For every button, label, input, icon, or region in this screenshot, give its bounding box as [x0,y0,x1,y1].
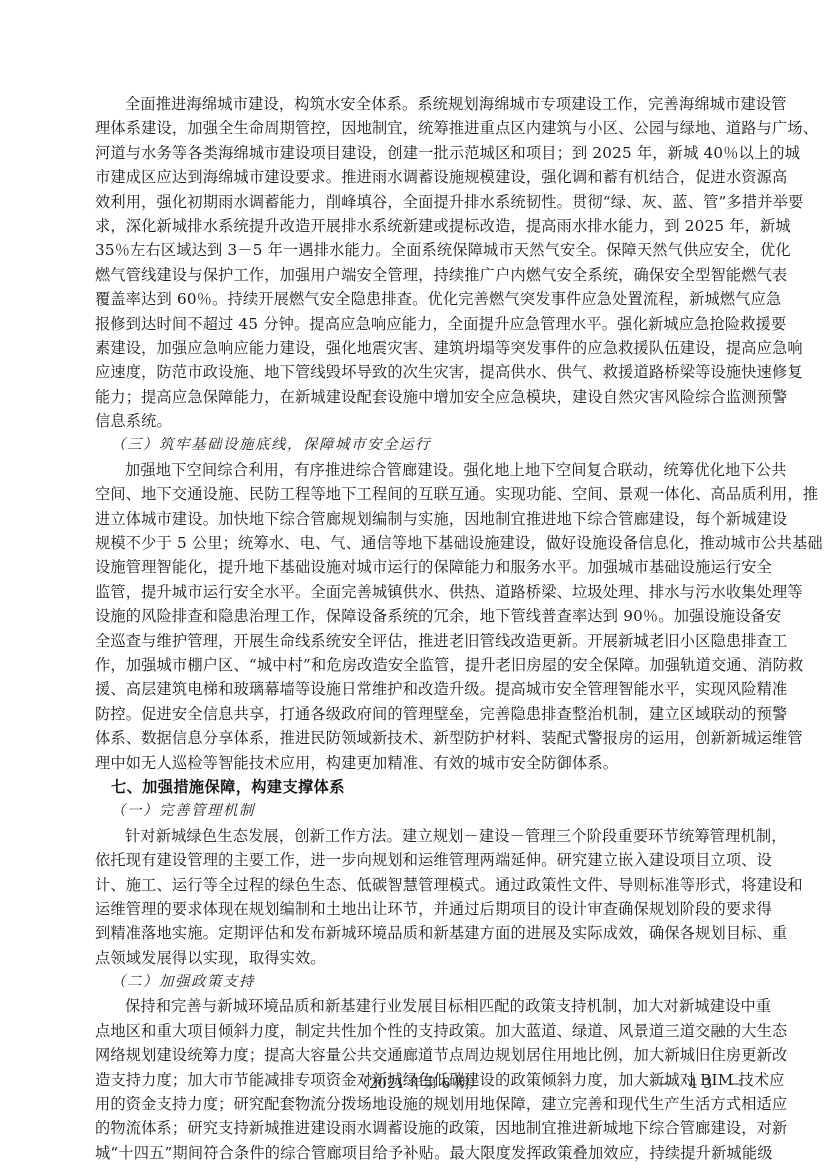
text-line: 到精准落地实施。定期评估和发布新城环境品质和新基建方面的进展及实际成效，确保各规… [95,921,743,945]
text-line: 全面推进海绵城市建设，构筑水安全体系。系统规划海绵城市专项建设工作，完善海绵城市… [95,92,743,116]
text-line: 35％左右区域达到 3－5 年一遇排水能力。全面系统保障城市天然气安全。保障天然… [95,238,743,262]
text-line: 加强地下空间综合利用，有序推进综合管廊建设。强化地上地下空间复合联动，统筹优化地… [95,458,743,482]
section-heading-7: 七、加强措施保障，构建支撑体系 [95,775,743,799]
text-line: 保持和完善与新城环境品质和新基建行业发展目标相匹配的政策支持机制，加大对新城建设… [95,994,743,1018]
text-line: 效利用，强化初期雨水调蓄能力，削峰填谷，全面提升排水系统韧性。贯彻“绿、灰、蓝、… [95,190,743,214]
text-line: 防控。促进安全信息共享，打通各级政府间的管理壁垒，完善隐患排查整治机制，建立区域… [95,702,743,726]
text-line: 监管，提升城市运行安全水平。全面完善城镇供水、供热、道路桥梁、垃圾处理、排水与污… [95,580,743,604]
text-line: 网络规划建设统筹力度；提高大容量公共交通廊道节点周边规划居住用地比例，加大新城旧… [95,1043,743,1067]
document-body: 全面推进海绵城市建设，构筑水安全体系。系统规划海绵城市专项建设工作，完善海绵城市… [95,92,743,1165]
text-line: 设施的风险排查和隐患治理工作，保障设备系统的冗余，地下管线普查率达到 90％。加… [95,604,743,628]
subheading-policy: （二）加强政策支持 [95,970,743,994]
paragraph-management: 针对新城绿色生态发展，创新工作方法。建立规划－建设－管理三个阶段重要环节统筹管理… [95,824,743,970]
text-line: 体系、数据信息分享体系，推进民防领域新技术、新型防护材料、装配式警报房的运用，创… [95,726,743,750]
text-line: 素建设，加强应急响应能力建设，强化地震灾害、建筑坍塌等突发事件的应急救援队伍建设… [95,336,743,360]
page-number: — 43 — [658,1073,749,1095]
paragraph-underground-space: 加强地下空间综合利用，有序推进综合管廊建设。强化地上地下空间复合联动，统筹优化地… [95,458,743,775]
text-line: 依托现有建设管理的主要工作，进一步向规划和运维管理两端延伸。研究建立嵌入建设项目… [95,848,743,872]
text-line: 援、高层建筑电梯和玻璃幕墙等设施日常维护和改造升级。提高城市安全管理智能水平，实… [95,677,743,701]
text-line: 用的资金支持力度；研究配套物流分拨场地设施的规划用地保障，建立完善和现代生产生活… [95,1092,743,1116]
text-line: 规模不少于 5 公里；统筹水、电、气、通信等地下基础设施建设，做好设施设备信息化… [95,531,743,555]
text-line: 作，加强城市棚户区、“城中村”和危房改造安全监管，提升老旧房屋的安全保障。加强轨… [95,653,743,677]
subheading-management: （一）完善管理机制 [95,799,743,823]
text-line: 全巡查与维护管理，开展生命线系统安全评估，推进老旧管线改造更新。开展新城老旧小区… [95,629,743,653]
text-line: 运维管理的要求体现在规划编制和土地出让环节，并通过后期项目的设计审查确保规划阶段… [95,897,743,921]
text-line: 设施管理智能化，提升地下基础设施对城市运行的保障能力和服务水平。加强城市基础设施… [95,555,743,579]
text-line: 燃气管线建设与保护工作，加强用户端安全管理，持续推广户内燃气安全系统，确保安全型… [95,263,743,287]
text-line: 市建成区应达到海绵城市建设要求。推进雨水调蓄设施规模建设，强化调和蓄有机结合，促… [95,165,743,189]
text-line: 覆盖率达到 60％。持续开展燃气安全隐患排查。优化完善燃气突发事件应急处置流程，… [95,287,743,311]
text-line: 求，深化新城排水系统提升改造开展排水系统新建或提标改造，提高雨水排水能力，到 2… [95,214,743,238]
text-line: 城“十四五”期间符合条件的综合管廊项目给予补贴。最大限度发挥政策叠加效应，持续提… [95,1141,743,1165]
text-line: 报修到达时间不超过 45 分钟。提高应急响应能力，全面提升应急管理水平。强化新城… [95,312,743,336]
text-line: 针对新城绿色生态发展，创新工作方法。建立规划－建设－管理三个阶段重要环节统筹管理… [95,824,743,848]
text-line: 进立体城市建设。加快地下综合管廊规划编制与实施，因地制宜推进地下综合管廊建设，每… [95,507,743,531]
text-line: 空间、地下交通设施、民防工程等地下工程间的互联互通。实现功能、空间、景观一体化、… [95,482,743,506]
text-line: 点地区和重大项目倾斜力度，制定共性加个性的支持政策。加大蓝道、绿道、风景道三道交… [95,1019,743,1043]
text-line: 应速度，防范市政设施、地下管线毁坏导致的次生灾害，提高供水、供气、救援道路桥梁等… [95,360,743,384]
text-line: 能力；提高应急保障能力，在新城建设配套设施中增加安全应急模块，建设自然灾害风险综… [95,385,743,409]
text-line: 的物流体系；研究支持新城推进建设雨水调蓄设施的政策，因地制宜推进新城地下综合管廊… [95,1116,743,1140]
text-line: 河道与水务等各类海绵城市建设项目建设，创建一批示范城区和项目；到 2025 年，… [95,141,743,165]
text-line: 理体系建设，加强全生命周期管控，因地制宜，统筹推进重点区内建筑与小区、公园与绿地… [95,116,743,140]
page-footer: （2021 年第 6 期） — 43 — [0,1073,827,1095]
paragraph-sponge-city: 全面推进海绵城市建设，构筑水安全体系。系统规划海绵城市专项建设工作，完善海绵城市… [95,92,743,433]
text-line: 信息系统。 [95,409,743,433]
subheading-infrastructure: （三）筑牢基础设施底线，保障城市安全运行 [95,433,743,457]
text-line: 理中如无人巡检等智能技术应用，构建更加精准、有效的城市安全防御体系。 [95,751,743,775]
issue-label: （2021 年第 6 期） [355,1073,483,1095]
text-line: 点领域发展得以实现，取得实效。 [95,946,743,970]
text-line: 计、施工、运行等全过程的绿色生态、低碳智慧管理模式。通过政策性文件、导则标准等形… [95,873,743,897]
